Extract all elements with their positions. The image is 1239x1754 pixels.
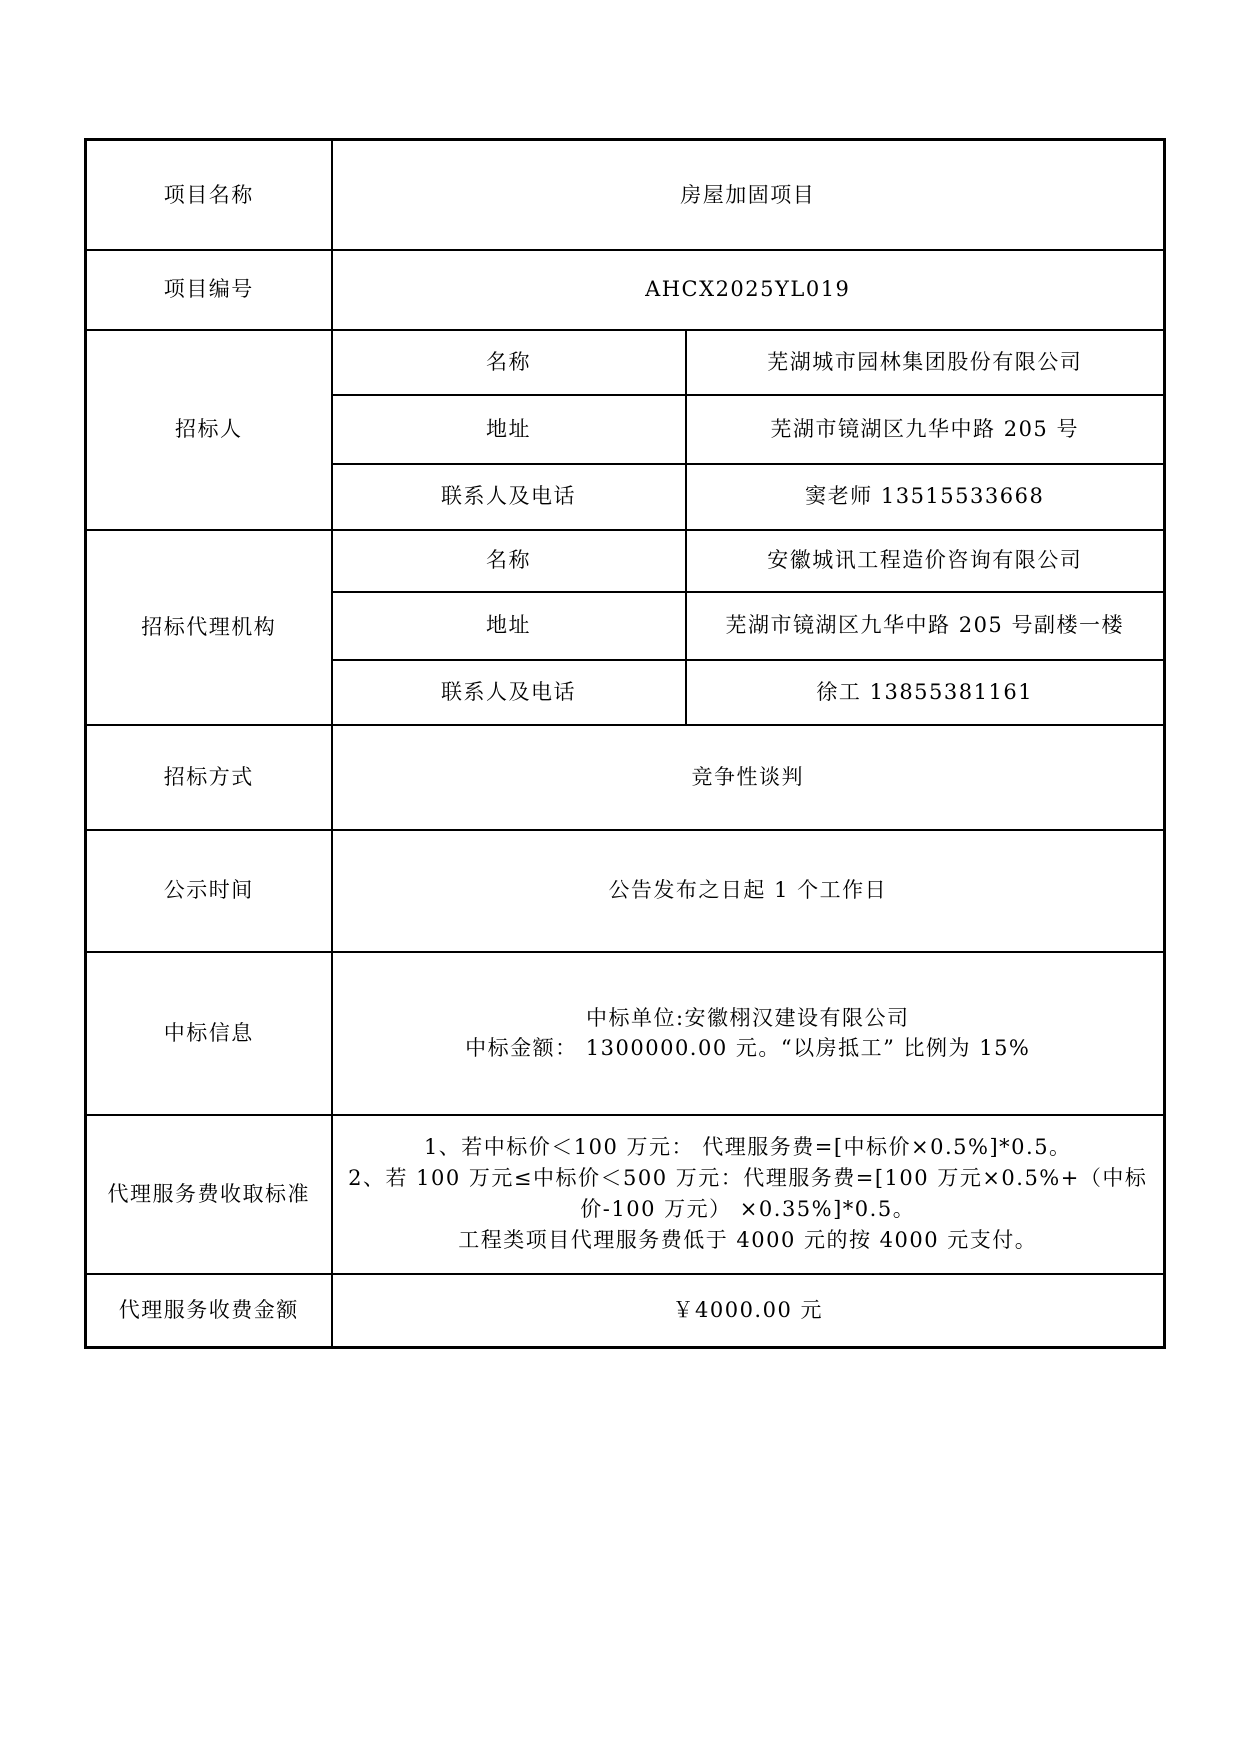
tenderer-contact-value: 窦老师 13515533668: [686, 464, 1165, 530]
row-project-name: 项目名称 房屋加固项目: [86, 140, 1165, 250]
award-info-value: 中标单位:安徽栩汉建设有限公司 中标金额： 1300000.00 元。“以房抵工…: [332, 952, 1165, 1115]
row-project-no: 项目编号 AHCX2025YL019: [86, 250, 1165, 330]
project-name-value: 房屋加固项目: [332, 140, 1165, 250]
tenderer-contact-label: 联系人及电话: [332, 464, 686, 530]
agency-contact-value: 徐工 13855381161: [686, 660, 1165, 725]
project-name-label: 项目名称: [86, 140, 332, 250]
fee-amount-value: ￥4000.00 元: [332, 1274, 1165, 1348]
row-fee-amount: 代理服务收费金额 ￥4000.00 元: [86, 1274, 1165, 1348]
fee-standard-line-1: 1、若中标价＜100 万元： 代理服务费=[中标价×0.5%]*0.5。: [343, 1132, 1154, 1163]
tenderer-label: 招标人: [86, 330, 332, 530]
tender-method-value: 竞争性谈判: [332, 725, 1165, 830]
tenderer-name-label: 名称: [332, 330, 686, 395]
tenderer-address-label: 地址: [332, 395, 686, 464]
fee-standard-line-4: 工程类项目代理服务费低于 4000 元的按 4000 元支付。: [343, 1225, 1154, 1256]
row-tenderer-name: 招标人 名称 芜湖城市园林集团股份有限公司: [86, 330, 1165, 395]
project-no-label: 项目编号: [86, 250, 332, 330]
agency-name-value: 安徽城讯工程造价咨询有限公司: [686, 530, 1165, 592]
agency-address-label: 地址: [332, 592, 686, 660]
project-no-value: AHCX2025YL019: [332, 250, 1165, 330]
tender-method-label: 招标方式: [86, 725, 332, 830]
publicity-time-label: 公示时间: [86, 830, 332, 952]
row-fee-standard: 代理服务费收取标准 1、若中标价＜100 万元： 代理服务费=[中标价×0.5%…: [86, 1115, 1165, 1274]
row-publicity-time: 公示时间 公告发布之日起 1 个工作日: [86, 830, 1165, 952]
row-tender-method: 招标方式 竞争性谈判: [86, 725, 1165, 830]
agency-address-value: 芜湖市镜湖区九华中路 205 号副楼一楼: [686, 592, 1165, 660]
agency-name-label: 名称: [332, 530, 686, 592]
fee-standard-value: 1、若中标价＜100 万元： 代理服务费=[中标价×0.5%]*0.5。 2、若…: [332, 1115, 1165, 1274]
tenderer-name-value: 芜湖城市园林集团股份有限公司: [686, 330, 1165, 395]
award-winner-line: 中标单位:安徽栩汉建设有限公司: [343, 1003, 1154, 1033]
row-agency-name: 招标代理机构 名称 安徽城讯工程造价咨询有限公司: [86, 530, 1165, 592]
award-amount-line: 中标金额： 1300000.00 元。“以房抵工” 比例为 15%: [343, 1033, 1154, 1063]
agency-contact-label: 联系人及电话: [332, 660, 686, 725]
fee-standard-line-3: 价-100 万元） ×0.35%]*0.5。: [343, 1194, 1154, 1225]
agency-label: 招标代理机构: [86, 530, 332, 725]
tenderer-address-value: 芜湖市镜湖区九华中路 205 号: [686, 395, 1165, 464]
fee-standard-label: 代理服务费收取标准: [86, 1115, 332, 1274]
fee-amount-label: 代理服务收费金额: [86, 1274, 332, 1348]
award-info-label: 中标信息: [86, 952, 332, 1115]
publicity-time-value: 公告发布之日起 1 个工作日: [332, 830, 1165, 952]
fee-standard-line-2: 2、若 100 万元≤中标价＜500 万元：代理服务费=[100 万元×0.5%…: [343, 1163, 1154, 1194]
tender-result-table: 项目名称 房屋加固项目 项目编号 AHCX2025YL019 招标人 名称 芜湖…: [84, 138, 1166, 1349]
row-award-info: 中标信息 中标单位:安徽栩汉建设有限公司 中标金额： 1300000.00 元。…: [86, 952, 1165, 1115]
